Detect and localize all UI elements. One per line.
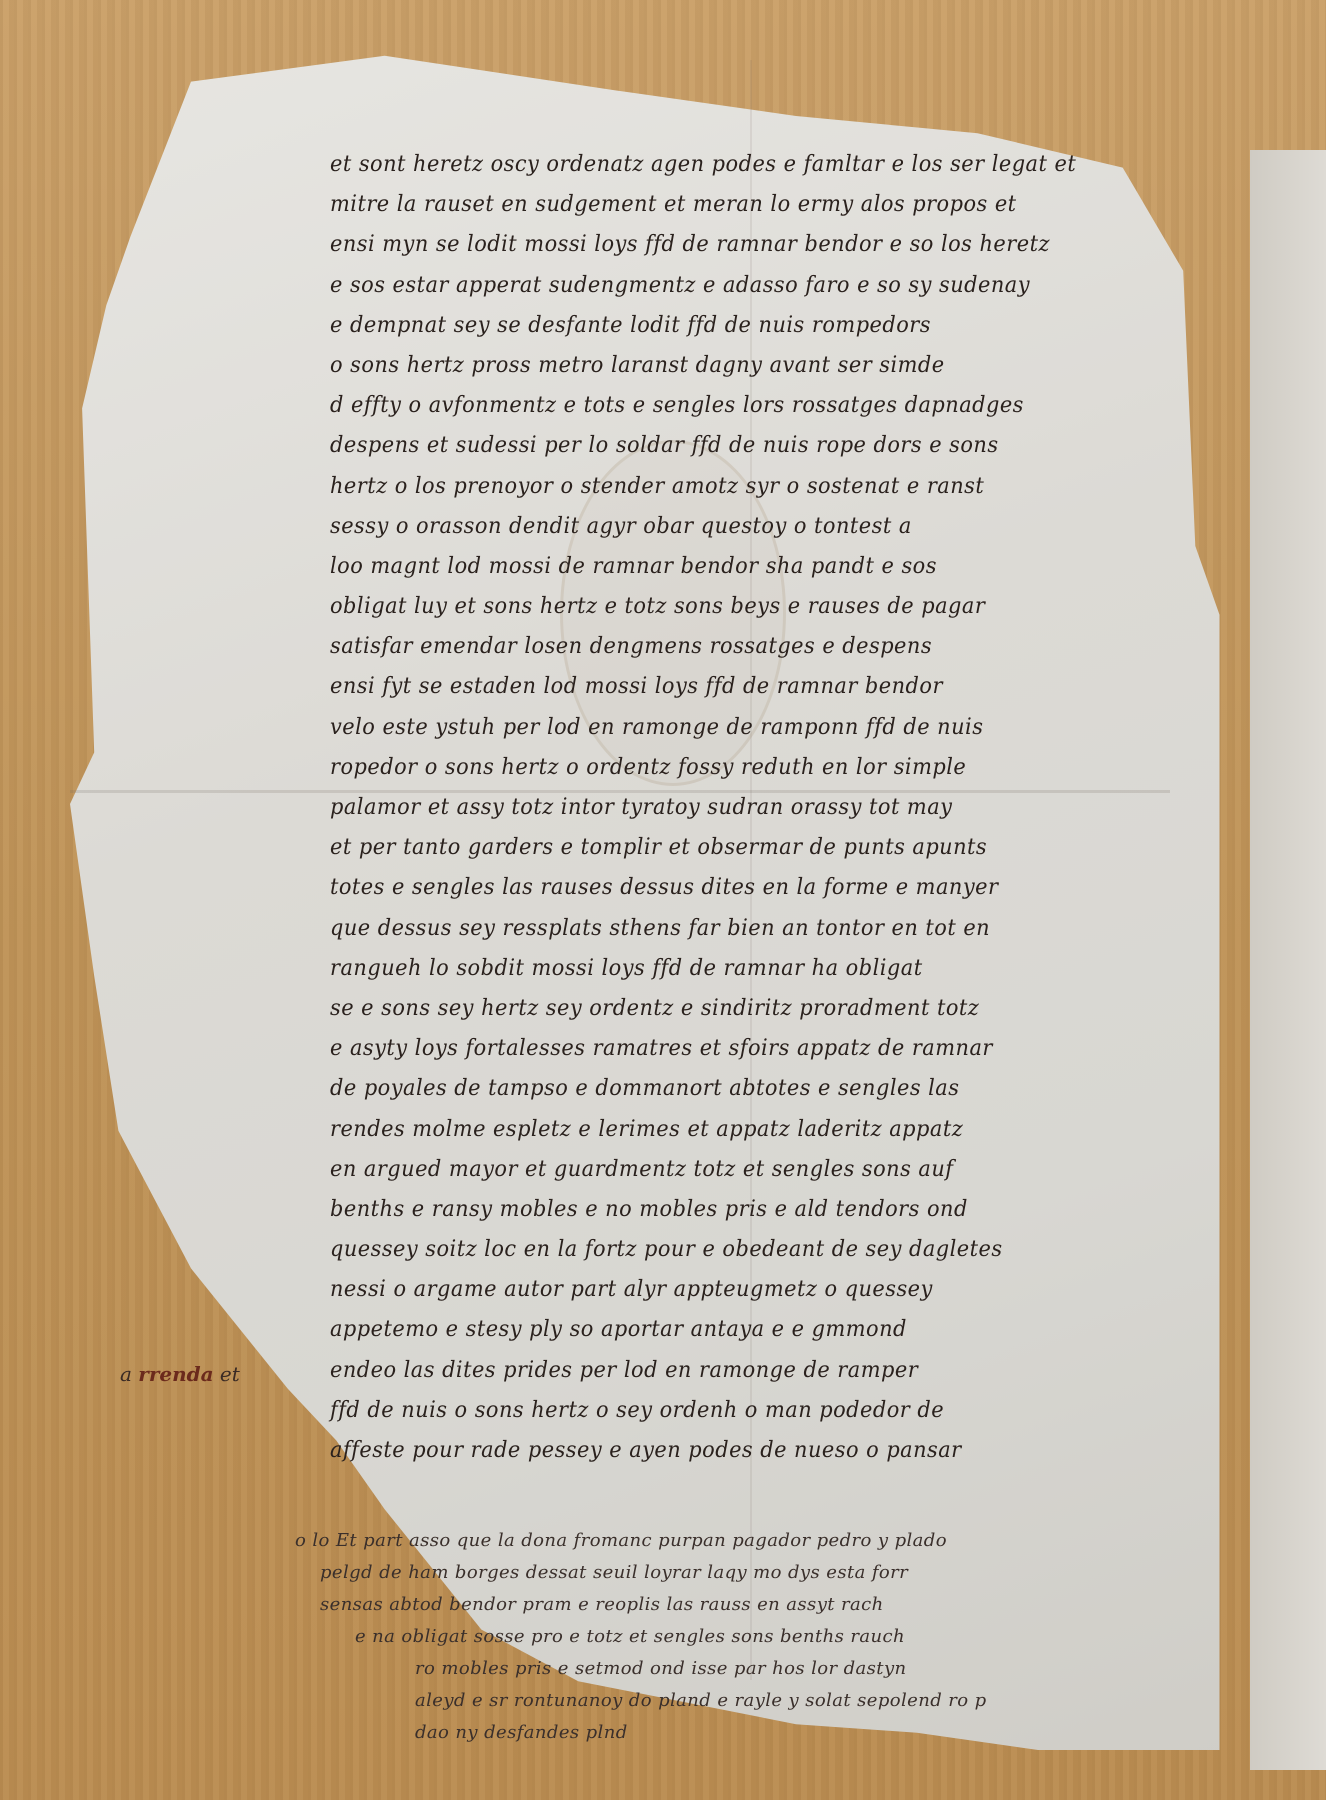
adjacent-page-edge [1250,150,1326,1770]
text-line: en argued mayor et guardmentz totz et se… [330,1150,1090,1190]
appended-line: aleyd e sr rontunanoy do pland e rayle y… [295,1685,1255,1717]
text-line: ensi myn se lodit mossi loys ffd de ramn… [330,225,1090,265]
text-line: benths e ransy mobles e no mobles pris e… [330,1190,1090,1230]
text-line: ffd de nuis o sons hertz o sey ordenh o … [330,1391,1090,1431]
text-line: et sont heretz oscy ordenatz agen podes … [330,145,1090,185]
margin-note-red-word: rrenda [138,1362,213,1386]
text-line: affeste pour rade pessey e ayen podes de… [330,1431,1090,1471]
text-line: d effty o avfonmentz e tots e sengles lo… [330,386,1090,426]
text-line: hertz o los prenoyor o stender amotz syr… [330,467,1090,507]
margin-note-suffix: et [214,1362,240,1386]
text-line: e sos estar apperat sudengmentz e adasso… [330,266,1090,306]
text-line: sessy o orasson dendit agyr obar questoy… [330,507,1090,547]
margin-annotation: a rrenda et [120,1362,240,1386]
text-line: et per tanto garders e tomplir et obserm… [330,828,1090,868]
appended-line: ro mobles pris e setmod ond isse par hos… [295,1653,1255,1685]
text-line: endeo las dites prides per lod en ramong… [330,1351,1090,1391]
appended-line: sensas abtod bendor pram e reoplis las r… [295,1589,1255,1621]
appended-line: o lo Et part asso que la dona fromanc pu… [295,1525,1255,1557]
text-line: que dessus sey ressplats sthens far bien… [330,909,1090,949]
appended-line: pelgd de ham borges dessat seuil loyrar … [295,1557,1255,1589]
text-line: e dempnat sey se desfante lodit ffd de n… [330,306,1090,346]
text-line: o sons hertz pross metro laranst dagny a… [330,346,1090,386]
text-line: despens et sudessi per lo soldar ffd de … [330,426,1090,466]
text-line: de poyales de tampso e dommanort abtotes… [330,1069,1090,1109]
text-line: totes e sengles las rauses dessus dites … [330,868,1090,908]
text-line: rangueh lo sobdit mossi loys ffd de ramn… [330,949,1090,989]
appended-paragraph: o lo Et part asso que la dona fromanc pu… [295,1525,1255,1749]
text-line: loo magnt lod mossi de ramnar bendor sha… [330,547,1090,587]
text-line: satisfar emendar losen dengmens rossatge… [330,627,1090,667]
main-text-block: et sont heretz oscy ordenatz agen podes … [330,145,1130,1471]
text-line: rendes molme espletz e lerimes et appatz… [330,1110,1090,1150]
text-line: obligat luy et sons hertz e totz sons be… [330,587,1090,627]
text-line: ropedor o sons hertz o ordentz fossy red… [330,748,1090,788]
text-line: appetemo e stesy ply so aportar antaya e… [330,1310,1090,1350]
appended-line: e na obligat sosse pro e totz et sengles… [295,1621,1255,1653]
text-line: nessi o argame autor part alyr appteugme… [330,1270,1090,1310]
margin-note-prefix: a [120,1362,138,1386]
text-line: ensi fyt se estaden lod mossi loys ffd d… [330,667,1090,707]
text-line: mitre la rauset en sudgement et meran lo… [330,185,1090,225]
text-line: quessey soitz loc en la fortz pour e obe… [330,1230,1090,1270]
appended-line: dao ny desfandes plnd [295,1717,1255,1749]
text-line: velo este ystuh per lod en ramonge de ra… [330,708,1090,748]
text-line: palamor et assy totz intor tyratoy sudra… [330,788,1090,828]
text-line: e asyty loys fortalesses ramatres et sfo… [330,1029,1090,1069]
text-line: se e sons sey hertz sey ordentz e sindir… [330,989,1090,1029]
